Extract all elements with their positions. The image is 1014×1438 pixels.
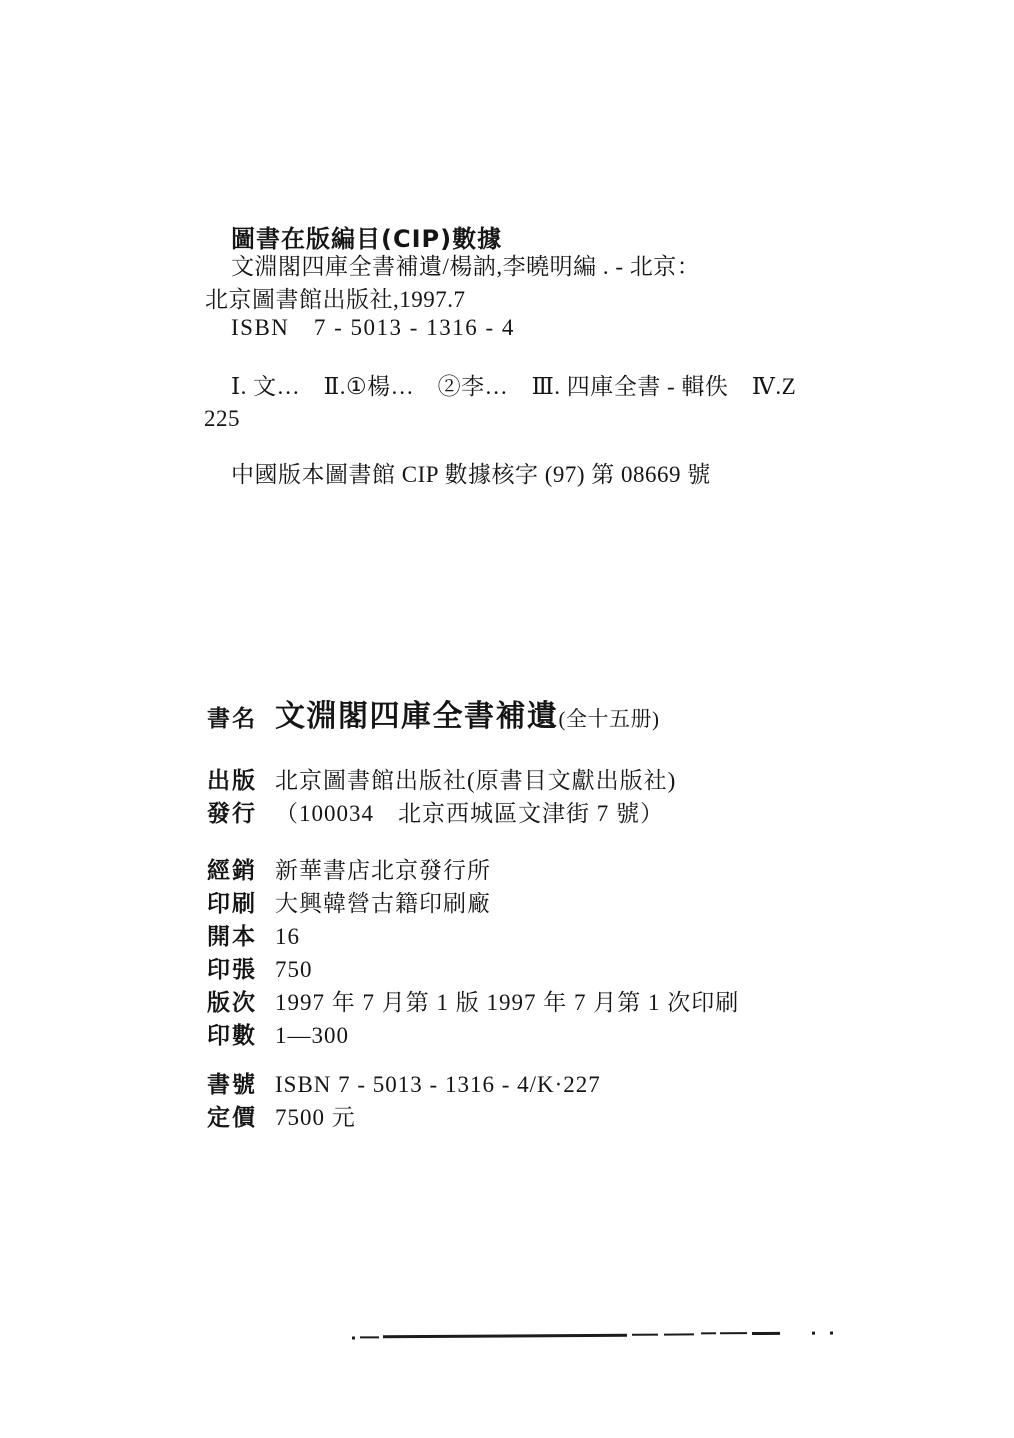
book-number-value: ISBN 7 - 5013 - 1316 - 4/K·227 [275, 1072, 601, 1097]
book-title-suffix: (全十五册) [559, 707, 660, 731]
format-value: 16 [275, 924, 300, 949]
scan-line-segment [360, 1336, 379, 1338]
distributor-row: 發行（100034 北京西城區文津街 7 號） [207, 801, 664, 827]
cip-entry-line-2: 北京圖書館出版社,1997.7 [205, 286, 466, 314]
scan-line-segment [830, 1332, 833, 1335]
edition-row: 版次1997 年 7 月第 1 版 1997 年 7 月第 1 次印刷 [207, 990, 739, 1016]
impression-label: 印數 [207, 1023, 275, 1049]
book-title: 文淵閣四庫全書補遺 [275, 700, 559, 733]
scan-line-segment [720, 1332, 747, 1334]
book-number-label: 書號 [207, 1072, 275, 1098]
seller-row: 經銷新華書店北京發行所 [207, 858, 491, 884]
edition-value: 1997 年 7 月第 1 版 1997 年 7 月第 1 次印刷 [275, 990, 739, 1015]
cip-record-number-line: 中國版本圖書館 CIP 數據核字 (97) 第 08669 號 [231, 461, 711, 489]
scan-artifact-line [350, 1331, 840, 1340]
printer-row: 印刷大興韓營古籍印刷廠 [207, 891, 491, 917]
scan-line-segment [632, 1334, 658, 1336]
scan-line-segment [352, 1336, 355, 1339]
scan-line-segment [812, 1332, 815, 1335]
scan-line-segment [752, 1332, 780, 1335]
publisher-value: 北京圖書館出版社(原書目文獻出版社) [275, 768, 676, 793]
book-title-label: 書名 [207, 706, 275, 732]
seller-value: 新華書店北京發行所 [275, 858, 491, 883]
printer-label: 印刷 [207, 891, 275, 917]
sheets-row: 印張750 [207, 957, 313, 983]
distributor-label: 發行 [207, 801, 275, 827]
cip-entry-line-1: 文淵閣四庫全書補遺/楊訥,李曉明編 . - 北京： [231, 253, 700, 281]
cip-classification-line: Ⅰ. 文… Ⅱ.①楊… ②李… Ⅲ. 四庫全書 - 輯佚 Ⅳ.Z [231, 373, 796, 401]
impression-value: 1—300 [275, 1023, 349, 1048]
scan-line-segment [383, 1334, 627, 1338]
format-row: 開本16 [207, 924, 300, 950]
publisher-label: 出版 [207, 768, 275, 794]
edition-label: 版次 [207, 990, 275, 1016]
cip-classification-carry: 225 [204, 405, 240, 433]
book-number-row: 書號ISBN 7 - 5013 - 1316 - 4/K·227 [207, 1072, 601, 1098]
cip-header: 圖書在版編目(CIP)數據 [231, 219, 502, 254]
sheets-label: 印張 [207, 957, 275, 983]
distributor-value: （100034 北京西城區文津街 7 號） [275, 801, 664, 826]
impression-row: 印數1—300 [207, 1023, 349, 1049]
price-value: 7500 元 [275, 1105, 356, 1130]
printer-value: 大興韓營古籍印刷廠 [275, 891, 491, 916]
format-label: 開本 [207, 924, 275, 950]
sheets-value: 750 [275, 957, 313, 982]
book-title-row: 書名文淵閣四庫全書補遺(全十五册) [207, 700, 660, 735]
price-row: 定價7500 元 [207, 1105, 356, 1131]
cip-isbn-line: ISBN 7 - 5013 - 1316 - 4 [231, 314, 515, 342]
price-label: 定價 [207, 1105, 275, 1131]
publisher-row: 出版北京圖書館出版社(原書目文獻出版社) [207, 768, 676, 794]
colophon-page: 圖書在版編目(CIP)數據 文淵閣四庫全書補遺/楊訥,李曉明編 . - 北京： … [0, 0, 1014, 1438]
seller-label: 經銷 [207, 858, 275, 884]
scan-line-segment [664, 1333, 694, 1335]
scan-line-segment [701, 1332, 716, 1334]
